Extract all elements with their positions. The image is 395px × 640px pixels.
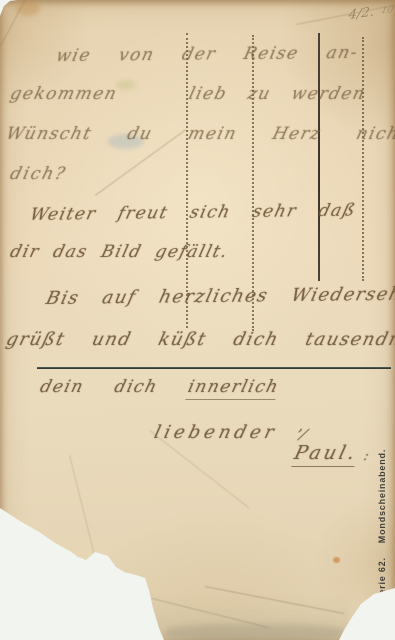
handwriting-line-10: liebender	[152, 422, 280, 443]
signature-name: Paul.	[291, 442, 360, 467]
handwriting-line-6: dir das Bild gefällt.	[8, 242, 231, 262]
handwriting-line-4: dich?	[8, 164, 69, 184]
handwriting-line-2-left: gekommen	[8, 84, 120, 104]
handwritten-corner-date: 4/2.	[348, 5, 375, 23]
stain-rust-spot	[333, 557, 340, 563]
handwriting-line-2-right: lieb zu werden	[187, 84, 368, 104]
scanned-postcard-back: 4/2. 10 wie von der Reise an- gekommenli…	[0, 0, 395, 640]
postcard-paper: 4/2. 10 wie von der Reise an- gekommenli…	[0, 0, 395, 640]
dotted-divider-line-right	[362, 37, 364, 281]
signature: Paul.	[292, 442, 360, 464]
handwriting-line-1: wie von der Reise an-	[54, 43, 360, 66]
crease-lower-left	[69, 455, 96, 560]
handwriting-line-9: dein dich innerlich	[38, 377, 281, 397]
handwritten-corner-mark: 10	[380, 6, 394, 16]
handwriting-line-9-prefix: dein dich	[38, 377, 160, 397]
handwriting-line-8: grüßt und küßt dich tausendmal	[4, 329, 395, 350]
handwriting-line-9-underlined: innerlich	[185, 377, 281, 400]
dotted-divider-line-left	[186, 33, 188, 328]
edge-imprint-title: Mondscheinabend.	[377, 449, 387, 543]
signature-mark: :	[362, 448, 371, 464]
horizontal-rule-line	[37, 367, 391, 369]
shadow-bottom-tear	[165, 624, 345, 640]
edge-imprint-series: V. Serie 62.	[377, 557, 387, 614]
stain-top-left	[16, 1, 40, 16]
handwriting-line-3: Wünscht du mein Herz nicht	[4, 124, 395, 144]
edge-imprint: V. Serie 62.Mondscheinabend.	[377, 449, 387, 614]
handwriting-line-7: Bis auf herzliches Wiedersehen	[44, 283, 395, 309]
solid-divider-line	[318, 33, 320, 281]
handwriting-line-2: gekommenlieb zu werden	[8, 84, 368, 104]
handwriting-line-5: Weiter freut sich sehr daß	[28, 200, 358, 225]
